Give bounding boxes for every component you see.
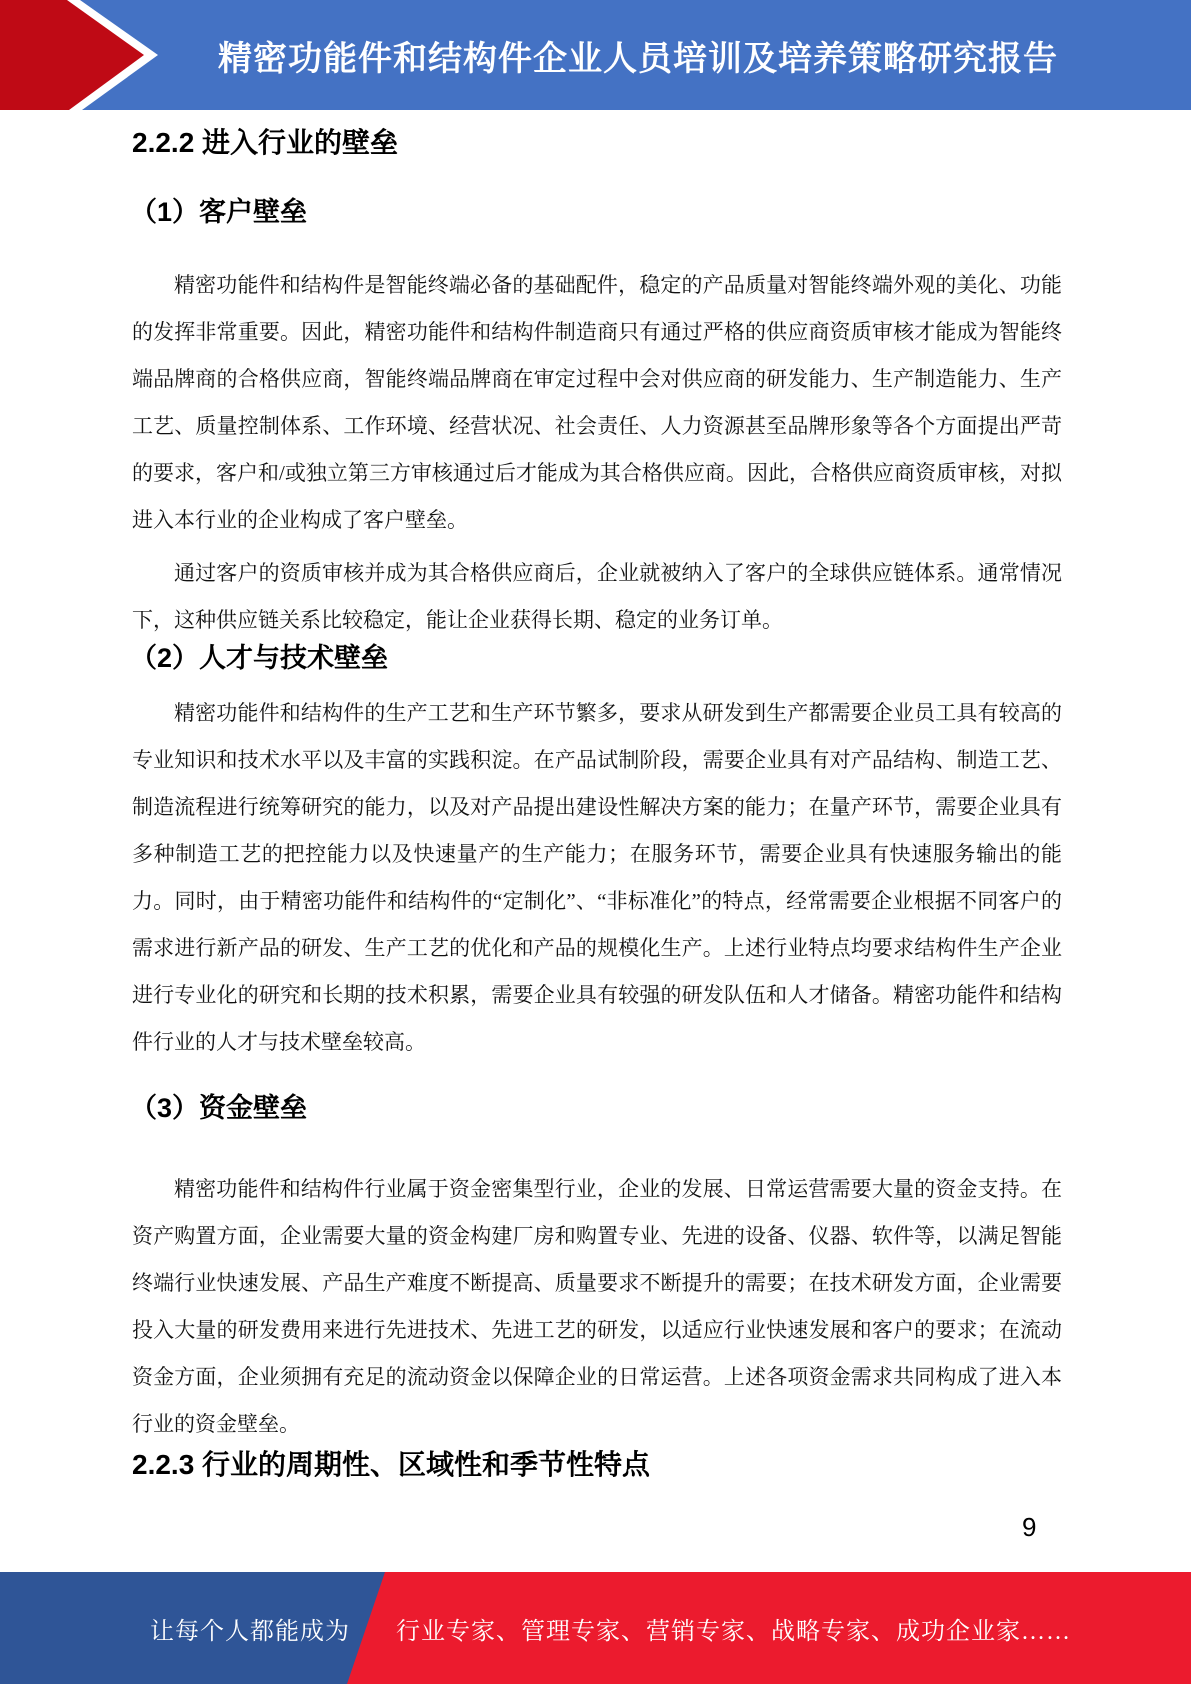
section-heading-industry-characteristics: 2.2.3 行业的周期性、区域性和季节性特点 [132,1448,650,1482]
section-heading-industry-barriers: 2.2.2 进入行业的壁垒 [132,126,398,160]
subsection-heading-talent-tech-barrier: （2）人才与技术壁垒 [130,642,388,674]
red-arrow-icon [0,0,170,110]
page-header-banner: 精密功能件和结构件企业人员培训及培养策略研究报告 [0,0,1191,110]
footer-slogan-left: 让每个人都能成为 [0,1572,350,1684]
report-page: 精密功能件和结构件企业人员培训及培养策略研究报告 2.2.2 进入行业的壁垒 （… [0,0,1191,1684]
report-title: 精密功能件和结构件企业人员培训及培养策略研究报告 [218,0,1058,110]
page-footer: 让每个人都能成为 行业专家、管理专家、营销专家、战略专家、成功企业家…… [0,1572,1191,1684]
paragraph-customer-barrier-2: 通过客户的资质审核并成为其合格供应商后，企业就被纳入了客户的全球供应链体系。通常… [132,550,1062,644]
paragraph-customer-barrier-1: 精密功能件和结构件是智能终端必备的基础配件，稳定的产品质量对智能终端外观的美化、… [132,262,1062,544]
footer-slogan-right: 行业专家、管理专家、营销专家、战略专家、成功企业家…… [396,1572,1191,1684]
paragraph-talent-tech-barrier: 精密功能件和结构件的生产工艺和生产环节繁多，要求从研发到生产都需要企业员工具有较… [132,690,1062,1066]
paragraph-capital-barrier: 精密功能件和结构件行业属于资金密集型行业，企业的发展、日常运营需要大量的资金支持… [132,1166,1062,1448]
subsection-heading-customer-barrier: （1）客户壁垒 [130,196,307,228]
page-number: 9 [1022,1512,1036,1543]
subsection-heading-capital-barrier: （3）资金壁垒 [130,1092,307,1124]
